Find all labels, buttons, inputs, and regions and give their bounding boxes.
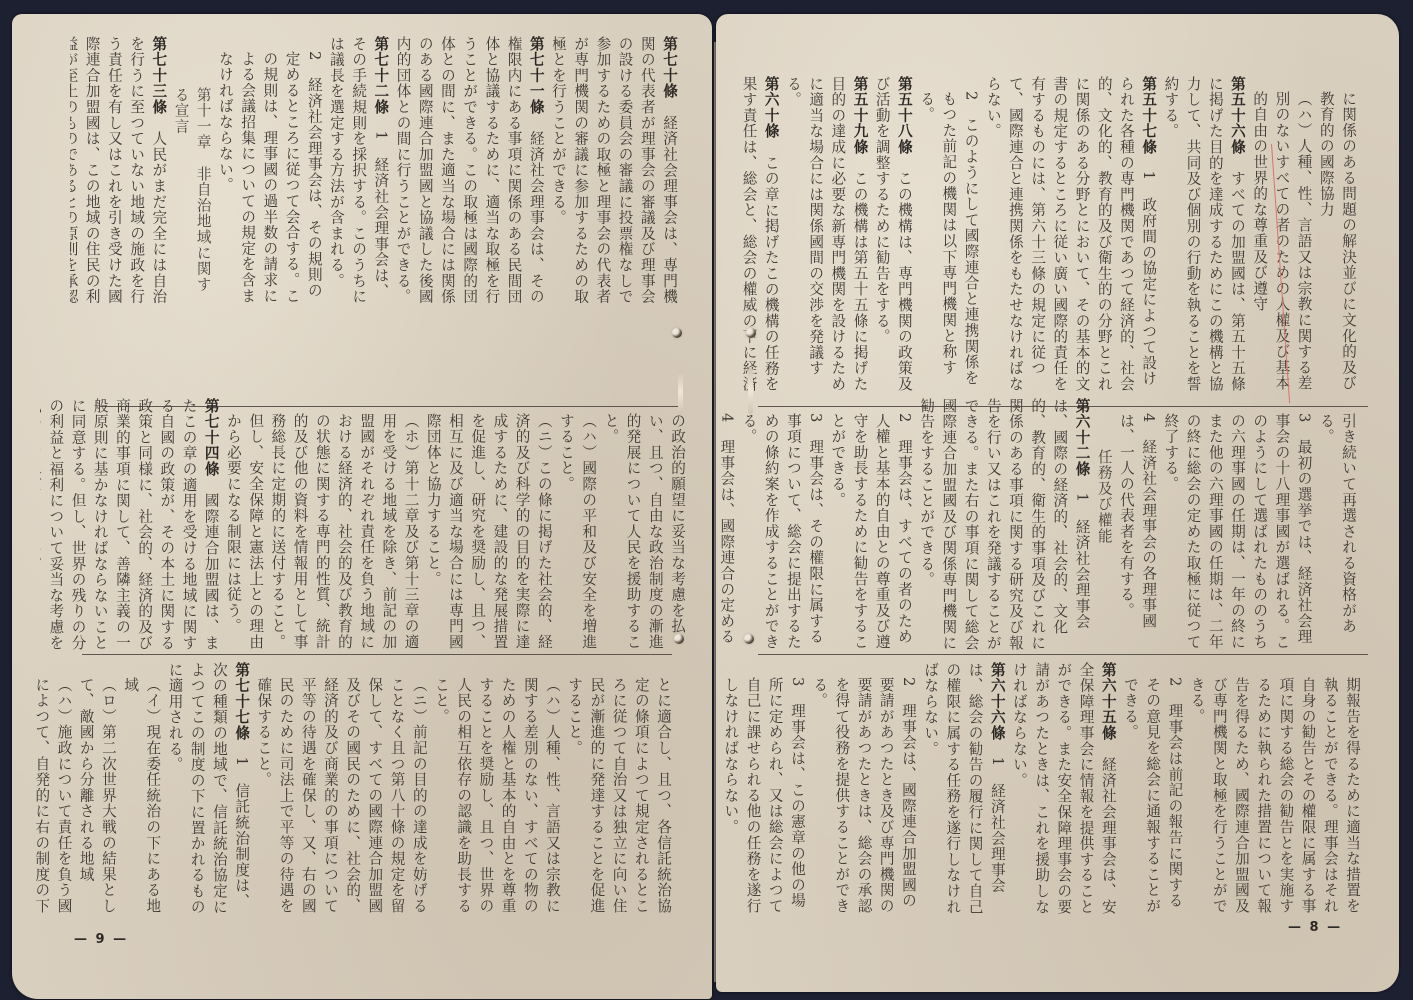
right-page-middle-band: 引き続いて再選される資格がある。3 最初の選挙では、経済社会理事会の十八理事國が… <box>719 398 1359 654</box>
left-page: 第七十條 経済社会理事会は、専門機関の代表者が理事会の審議及び理事会の設ける委員… <box>12 14 712 999</box>
chapter-heading: 任務及び權能 <box>1093 449 1115 654</box>
article-paragraph: 第七十二條 1 経済社会理事会は、その手続規則を採択する。このうちには議長を選定… <box>325 36 392 308</box>
page-number: — 8 — <box>1288 920 1342 935</box>
article-number: 第六十條 <box>763 76 780 139</box>
article-number: 第七十條 <box>661 36 678 99</box>
article-number: 第五十六條 <box>1229 76 1246 155</box>
article-number: 第五十九條 <box>852 76 869 155</box>
clause-paragraph: 4 経済社会理事会の各理事國は、一人の代表者を有する。 <box>1115 413 1159 654</box>
article-number: 第七十一條 <box>528 36 545 115</box>
article-paragraph: 第六十六條 1 経済社会理事会は、総会の勧告の履行に関して自己の權限に属する任務… <box>919 662 1008 924</box>
clause-paragraph: 引き続いて再選される資格がある。 <box>1315 413 1359 654</box>
staple-mark <box>748 368 753 414</box>
staple-hole <box>672 328 682 338</box>
article-paragraph: 第六十五條 経済社会理事会は、安全保障理事会に情報を提供することができる。また安… <box>1008 662 1119 924</box>
right-page-bottom-band: 期報告を得るために適当な措置を執ることができる。理事会はそれ自身の勧告とその權限… <box>723 662 1363 924</box>
article-number: 第七十四條 <box>203 398 220 477</box>
clause-paragraph: 2 理事会は前記の報告に関するその意見を総会に通報することができる。 <box>1119 677 1186 924</box>
left-page-top-band: 第七十條 経済社会理事会は、専門機関の代表者が理事会の審議及び理事会の設ける委員… <box>70 36 680 308</box>
clause-paragraph: 3 理事会は、この憲章の他の場所に定められ、又は総会によつて自己に課せられる他の… <box>723 677 808 924</box>
staple-hole <box>746 328 756 338</box>
article-paragraph: 第七十條 経済社会理事会は、専門機関の代表者が理事会の審議及び理事会の設ける委員… <box>547 36 680 308</box>
clause-paragraph: 3 理事会は、その權限に属する事項について、総会に提出するための條約案を作成する… <box>737 413 826 654</box>
staple-hole <box>744 634 754 644</box>
article-paragraph: 第七十四條 國際連合加盟國は、またこの章の適用を受ける地域に関する自國の政策が、… <box>40 398 222 654</box>
clause-paragraph: （ハ）施政について責任を負う國によつて、自発的に右の制度の下に置かれる地域 <box>34 677 75 918</box>
left-page-bottom-band: とに適合し、且つ、各信託統治協定の條項によつて規定されるところに従つて自治又は独… <box>34 662 674 918</box>
clause-paragraph: とに適合し、且つ、各信託統治協定の條項によつて規定されるところに従つて自治又は独… <box>563 677 674 918</box>
clause-paragraph: 2 このようにして國際連合と連携関係をもつた前記の機関は以下専門機関と称する。 <box>915 91 982 396</box>
clause-paragraph: 2 理事会は、國際連合加盟國の要請があつたとき及び専門機関の要請があつたときは、… <box>808 677 919 924</box>
article-number: 第七十七條 <box>233 662 250 741</box>
clause-paragraph: （イ）現在委任統治の下にある地域 <box>119 677 163 918</box>
article-number: 第七十二條 <box>372 36 389 115</box>
left-page-middle-band: の政治的願望に妥当な考慮を払い、且つ、自由な政治制度の漸進的発展について人民を援… <box>40 398 688 654</box>
article-paragraph: 第五十七條 1 政府間の協定によつて設けられた各種の専門機関であつて経済的、社会… <box>982 76 1160 396</box>
article-number: 第六十五條 <box>1100 662 1117 741</box>
right-page: に関係のある問題の解決並びに文化的及び教育的の國際協力（ハ）人種、性、言語又は宗… <box>716 14 1399 992</box>
article-number: 第五十八條 <box>896 76 913 155</box>
clause-paragraph: （ホ）第十二章及び第十三章の適用を受ける地域を除き、前記の加盟國がそれぞれ責任を… <box>222 413 422 654</box>
article-paragraph: 第五十八條 この機構は、専門機関の政策及び活動を調整するために勧告をする。 <box>871 76 915 396</box>
staple-hole <box>674 634 684 644</box>
article-paragraph: 第六十條 この章に掲げたこの機構の任務を果す責任は、総会と、総会の權威の下に経済… <box>739 76 782 396</box>
clause-paragraph: 4 理事会は、國際連合の定める規則に従つてその權限に属する事項について國際会議を… <box>719 413 737 654</box>
divider-rule <box>758 654 1368 655</box>
article-number: 第六十二條 <box>1074 398 1091 477</box>
clause-paragraph: （ハ）人種、性、言語又は宗教に関する差別のない、すべての物のための人権と基本的自… <box>430 677 563 918</box>
article-paragraph: 第五十九條 この機構は第五十五條に掲げた目的の達成に必要な新専門機関を設けるため… <box>782 76 871 396</box>
chapter-heading: 第十一章 非自治地域に関する宣言 <box>169 87 213 308</box>
clause-paragraph: （ニ）前記の目的の達成を妨げることなく且つ第八十條の規定を留保して、すべての國際… <box>252 677 430 918</box>
staple-mark <box>678 370 683 414</box>
article-paragraph: 第六十二條 1 経済社会理事会は、國際の経済的、社会的、文化的、教育的、衛生的事… <box>915 398 1093 654</box>
page-number: — 9 — <box>74 932 128 947</box>
clause-paragraph: （ニ）この條に掲げた社会的、経済的及び科学的の目的を実際に達成するために、建設的… <box>422 413 555 654</box>
clause-paragraph: に関係のある問題の解決並びに文化的及び教育的の國際協力 <box>1315 91 1359 396</box>
clause-paragraph: 期報告を得るために適当な措置を執ることができる。理事会はそれ自身の勧告とその權限… <box>1185 677 1363 924</box>
clause-paragraph: （ロ）第二次世界大戦の結果として、敵國から分離される地域 <box>75 677 119 918</box>
article-number: 第六十六條 <box>989 662 1006 741</box>
article-paragraph: 第七十三條 人民がまだ完全には自治を行うに至つていない地域の施政を行う責任を有し… <box>70 36 169 308</box>
divider-rule <box>82 654 672 655</box>
clause-paragraph: の政治的願望に妥当な考慮を払い、且つ、自由な政治制度の漸進的発展について人民を援… <box>599 413 688 654</box>
clause-paragraph: 2 経済社会理事会は、その規則の定めるところに従つて会合する。この規則は、理事國… <box>214 51 325 308</box>
clause-paragraph: 2 理事会は、すべての者のため人權と基本的自由との尊重及び遵守を助長するために勧… <box>826 413 915 654</box>
article-paragraph: 第五十六條 すべての加盟國は、第五十五條に掲げた目的を達成するためにこの機構と協… <box>1159 76 1248 396</box>
article-paragraph: 第七十一條 経済社会理事会は、その権限内にある事項に関係のある民間団体と協議する… <box>391 36 546 308</box>
article-paragraph: 第七十七條 1 信託統治制度は、次の種類の地域で、信託統治協定によつてこの制度の… <box>163 662 252 918</box>
clause-paragraph: （ハ）人種、性、言語又は宗教に関する差別のないすべての者のための人權及び基本的自… <box>1248 91 1315 396</box>
right-page-top-band: に関係のある問題の解決並びに文化的及び教育的の國際協力（ハ）人種、性、言語又は宗… <box>739 76 1359 396</box>
clause-paragraph: 3 最初の選挙では、経済社会理事会の十八理事國が選ばれる。このようにして選ばれた… <box>1159 413 1314 654</box>
clause-paragraph: （ハ）國際の平和及び安全を増進すること。 <box>555 413 599 654</box>
article-number: 第五十七條 <box>1140 76 1157 155</box>
article-number: 第七十三條 <box>150 36 167 115</box>
